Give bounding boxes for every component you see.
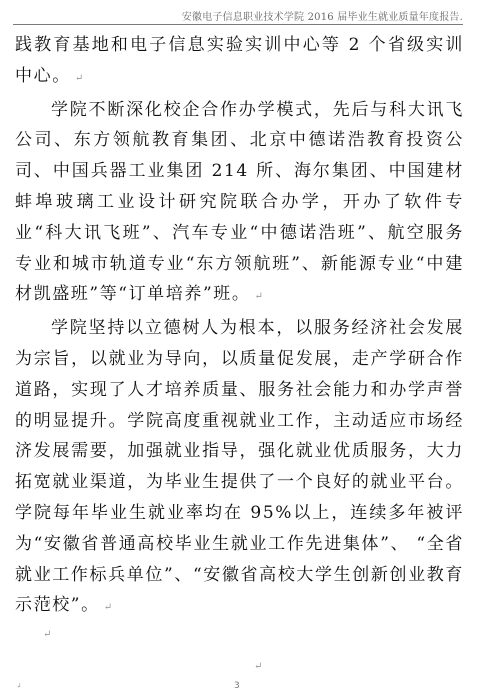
header-title-text: 安徽电子信息职业技术学院 2016 届毕业生就业质量年度报告	[182, 12, 460, 23]
paragraph-mark-icon: ↵	[75, 73, 83, 84]
paragraph-2-text: 学院不断深化校企合作办学模式，先后与科大讯飞公司、东方领航教育集团、北京中德诺浩…	[15, 100, 464, 305]
paragraph-2[interactable]: 学院不断深化校企合作办学模式，先后与科大讯飞公司、东方领航教育集团、北京中德诺浩…	[15, 95, 464, 314]
page-number: 3	[234, 681, 240, 691]
paragraph-3-text: 学院坚持以立德树人为根本，以服务经济社会发展为宗旨，以就业为导向，以质量促发展，…	[15, 318, 464, 615]
document-body[interactable]: 践教育基地和电子信息实验实训中心等 2 个省级实训中心。↵ 学院不断深化校企合作…	[15, 30, 464, 624]
paragraph-1[interactable]: 践教育基地和电子信息实验实训中心等 2 个省级实训中心。↵	[15, 30, 464, 95]
empty-paragraph-mark-icon[interactable]: ↵	[43, 505, 51, 516]
header-mark: .	[460, 12, 463, 23]
empty-paragraph-mark-icon[interactable]: ↵	[43, 629, 51, 640]
empty-paragraph-mark-icon[interactable]: ↵	[43, 598, 51, 609]
page-header: 安徽电子信息职业技术学院 2016 届毕业生就业质量年度报告.	[13, 4, 463, 25]
paragraph-mark-icon: ↵	[254, 291, 262, 302]
empty-paragraph-mark-icon[interactable]: ↵	[43, 567, 51, 578]
paragraph-mark-icon: ↵	[104, 602, 112, 613]
header-title: 安徽电子信息职业技术学院 2016 届毕业生就业质量年度报告.	[182, 8, 463, 23]
empty-paragraph-mark-icon[interactable]: ↵	[43, 536, 51, 547]
footer-left-mark-icon: ↲	[16, 682, 22, 690]
footer-paragraph-mark-icon: ↵	[254, 661, 262, 672]
paragraph-3[interactable]: 学院坚持以立德树人为根本，以服务经济社会发展为宗旨，以就业为导向，以质量促发展，…	[15, 313, 464, 624]
